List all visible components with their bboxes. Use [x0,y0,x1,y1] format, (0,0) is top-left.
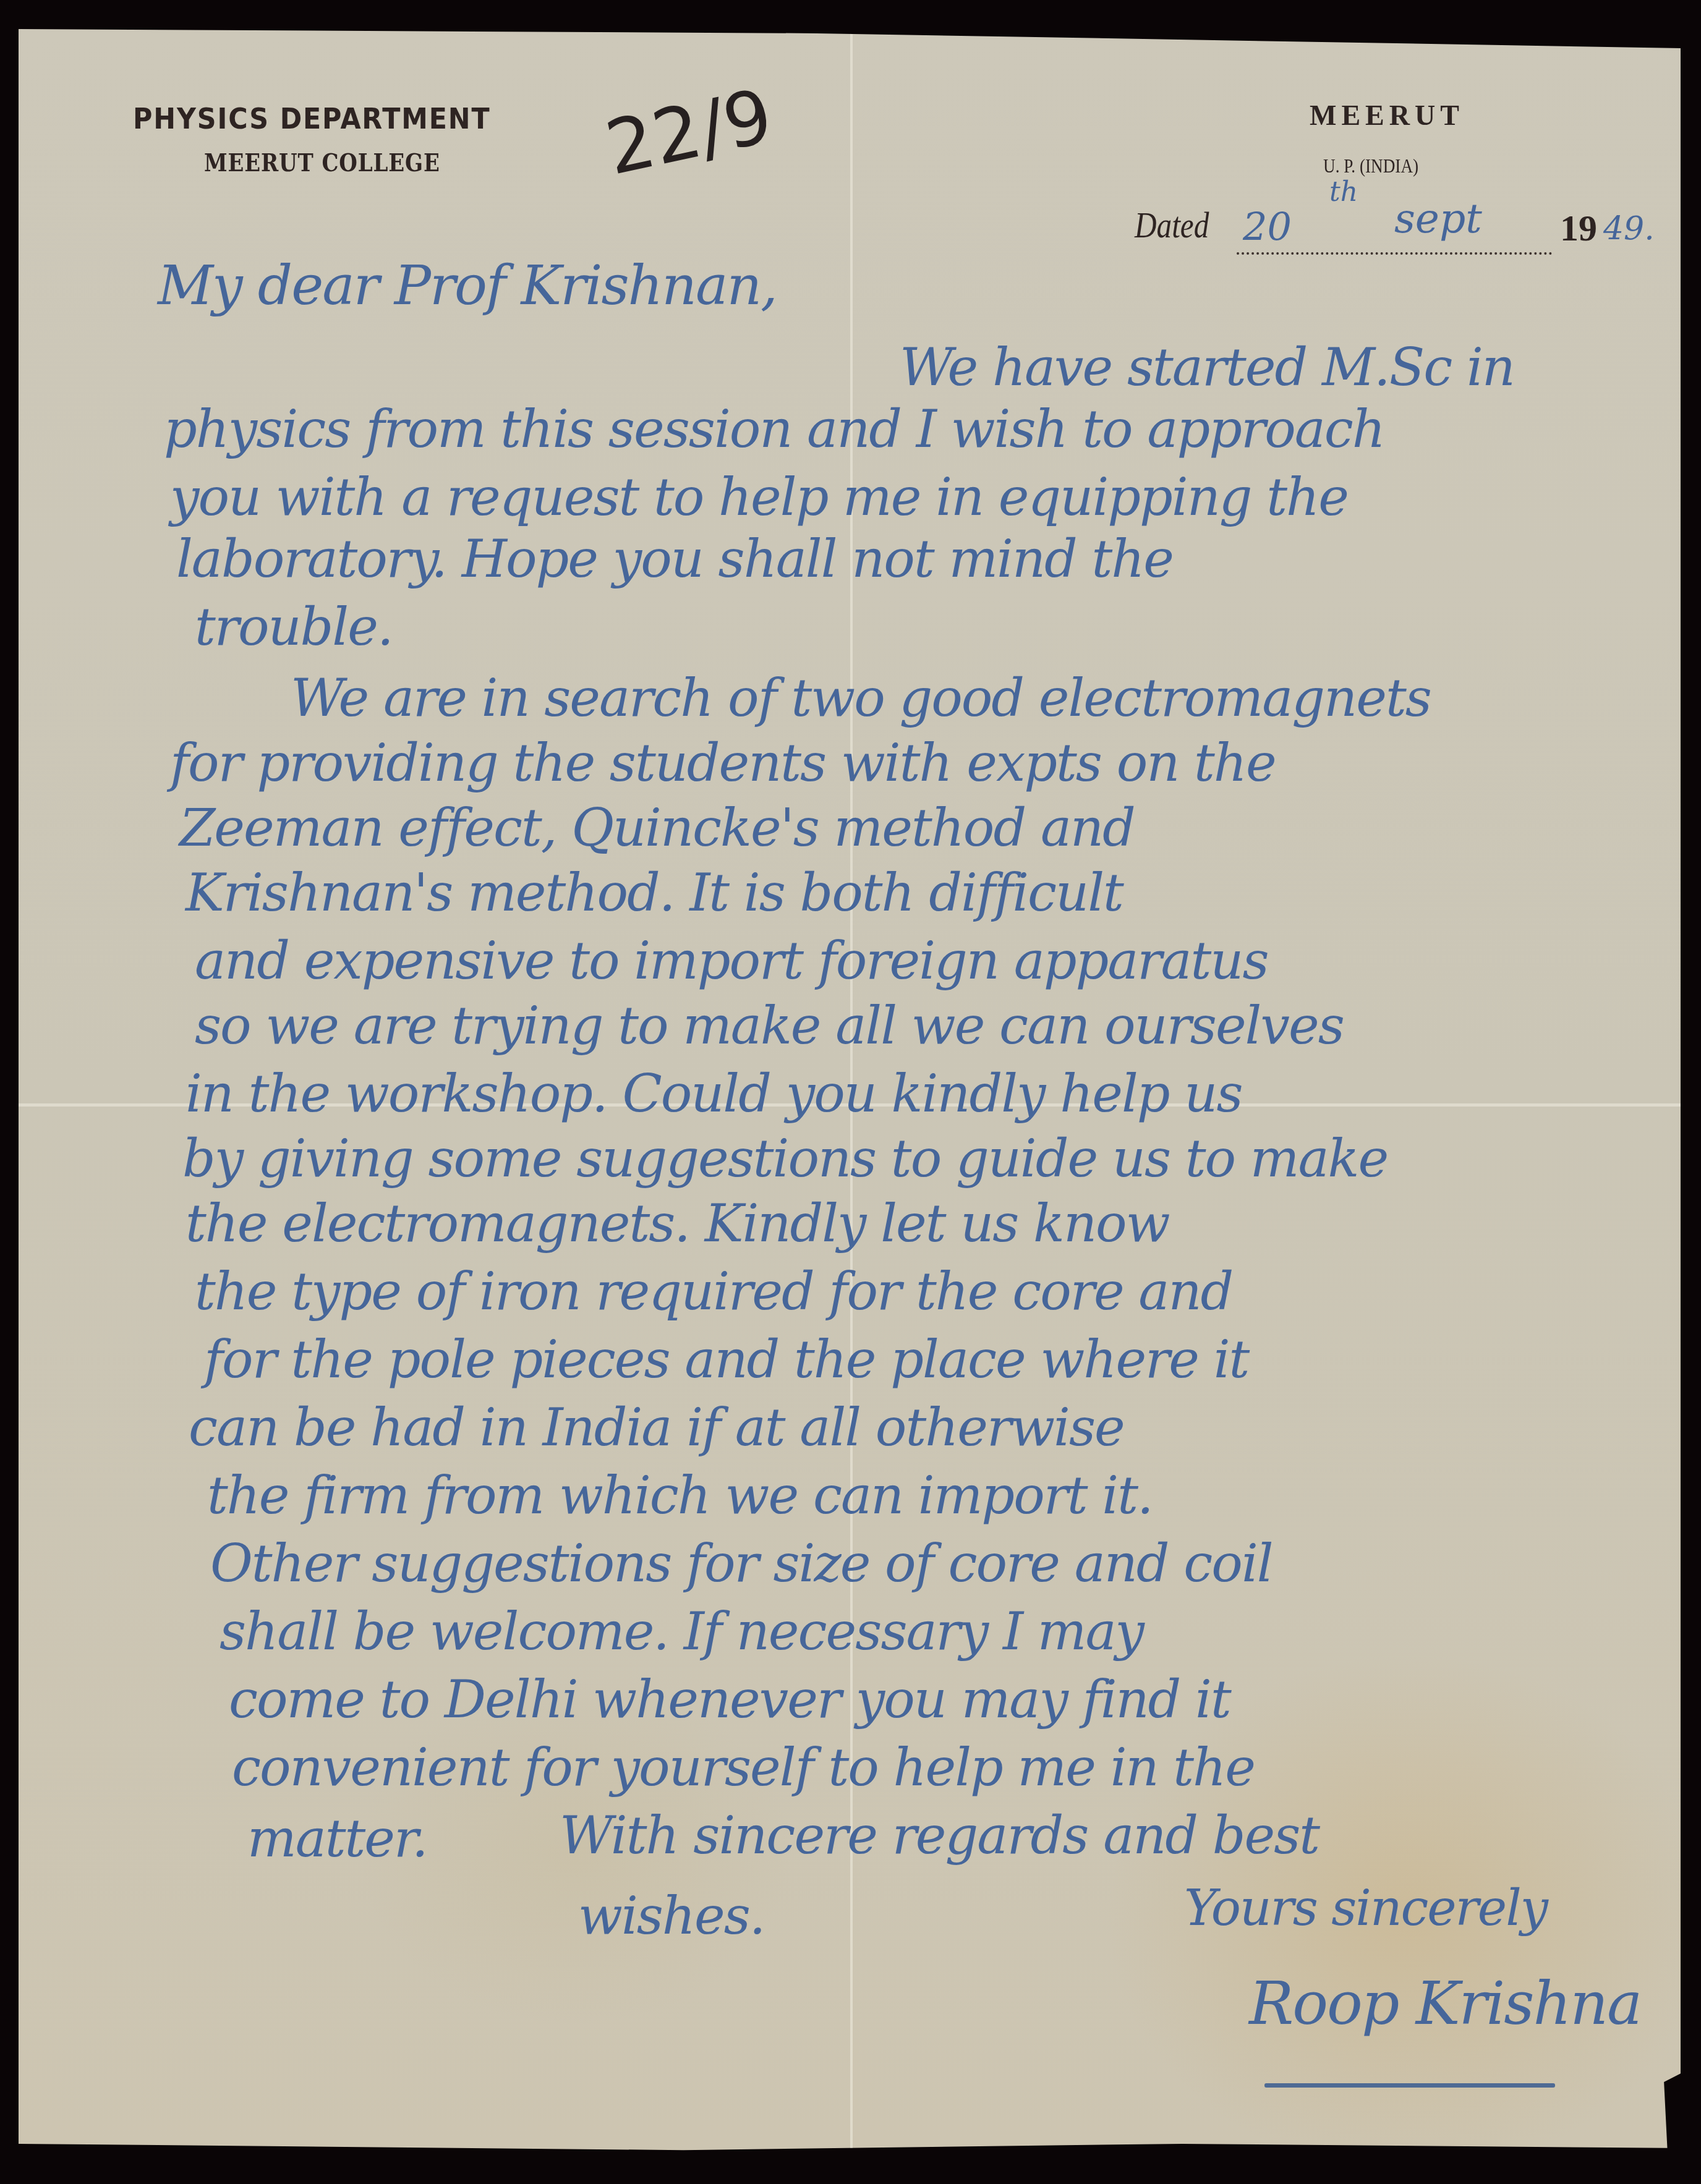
date-day-suffix: th [1329,176,1358,208]
date-month: sept [1394,195,1482,242]
signature-underline [1264,2083,1555,2088]
body-line: the electromagnets. Kindly let us know [185,1193,1169,1254]
body-line: the firm from which we can import it. [207,1465,1153,1526]
body-line: in the workshop. Could you kindly help u… [185,1063,1242,1124]
date-year-printed: 19 [1560,207,1597,250]
letterhead-city: MEERUT [1310,99,1464,132]
body-line: by giving some suggestions to guide us t… [182,1128,1388,1189]
dated-label: Dated [1135,204,1209,247]
date-year-handwritten: 49. [1603,210,1655,247]
body-line: We are in search of two good electromagn… [291,668,1431,728]
body-line: for providing the students with expts on… [170,733,1276,793]
body-line: Other suggestions for size of core and c… [210,1533,1273,1594]
body-line: come to Delhi whenever you may find it [229,1669,1230,1730]
body-line: Krishnan's method. It is both difficult [185,862,1123,923]
body-line: laboratory. Hope you shall not mind the [176,529,1173,589]
date-day: 20 [1243,204,1292,249]
date-dotted-line [1237,252,1552,255]
body-line: Zeeman effect, Quincke's method and [179,797,1135,858]
body-line: you with a request to help me in equippi… [170,467,1348,527]
letterhead-state: U. P. (INDIA) [1323,155,1418,177]
body-line: so we are trying to make all we can ours… [195,995,1344,1056]
letterhead-institution: MEERUT COLLEGE [204,148,440,177]
body-line: trouble. [195,597,393,657]
body-line: shall be welcome. If necessary I may [220,1601,1143,1662]
body-line: matter. [247,1808,427,1869]
body-line: for the pole pieces and the place where … [204,1329,1248,1390]
closing: Yours sincerely [1184,1879,1547,1937]
body-line: physics from this session and I wish to … [164,399,1384,459]
body-line: convenient for yourself to help me in th… [232,1737,1255,1798]
letterhead-department: PHYSICS DEPARTMENT [133,102,490,135]
valediction-line: With sincere regards and best [560,1805,1319,1866]
signature: Roop Krishna [1249,1969,1641,2038]
valediction-line: wishes. [578,1885,765,1946]
body-line: We have started M.Sc in [900,337,1514,397]
salutation: My dear Prof Krishnan, [158,253,777,317]
body-line: and expensive to import foreign apparatu… [195,930,1268,991]
body-line: the type of iron required for the core a… [195,1261,1232,1322]
body-line: can be had in India if at all otherwise [189,1397,1124,1458]
